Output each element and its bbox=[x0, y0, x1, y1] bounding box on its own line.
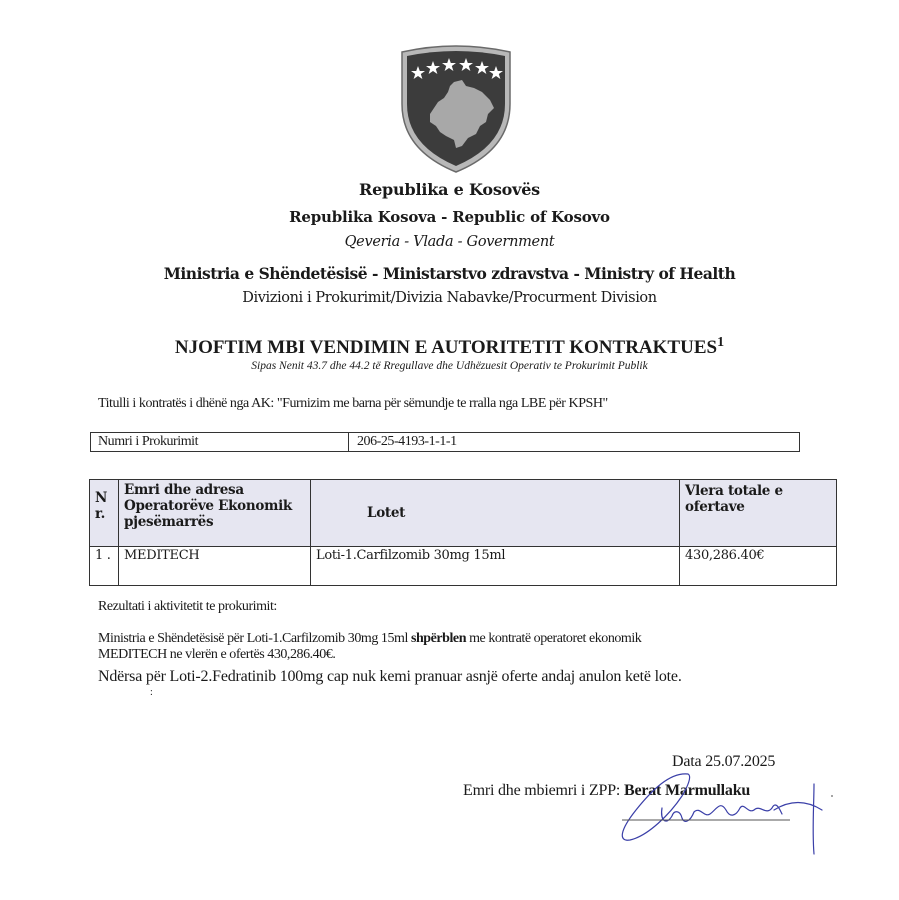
cell-total-value: 430,286.40€ bbox=[680, 547, 837, 586]
country-name: Republika e Kosovës bbox=[0, 180, 899, 199]
cell-lot: Loti-1.Carfilzomib 30mg 15ml bbox=[311, 547, 680, 586]
lots-table: N r. Emri dhe adresa Operatorëve Ekonomi… bbox=[89, 479, 837, 586]
result-paragraph-1: Ministria e Shëndetësisë për Loti-1.Carf… bbox=[98, 631, 818, 663]
header-lots: Lotet bbox=[311, 480, 680, 547]
notice-subtitle: Sipas Nenit 43.7 dhe 44.2 të Rregullave … bbox=[0, 360, 899, 372]
division-name: Divizioni i Prokurimit/Divizia Nabavke/P… bbox=[0, 290, 899, 306]
date-value: 25.07.2025 bbox=[705, 753, 775, 770]
footnote-marker: 1 bbox=[717, 335, 724, 350]
ministry-name: Ministria e Shëndetësisë - Ministarstvo … bbox=[0, 264, 899, 283]
table-row: 1 . MEDITECH Loti-1.Carfilzomib 30mg 15m… bbox=[90, 547, 837, 586]
contract-title-value: "Furnizim me barna për sëmundje te rrall… bbox=[277, 396, 608, 411]
notice-title: NJOFTIM MBI VENDIMIN E AUTORITETIT KONTR… bbox=[0, 335, 899, 359]
country-name-multilingual: Republika Kosova - Republic of Kosovo bbox=[0, 208, 899, 226]
stray-marker: : bbox=[150, 687, 152, 698]
header-nr: N r. bbox=[90, 480, 119, 547]
procurement-number-label: Numri i Prokurimit bbox=[91, 433, 349, 451]
kosovo-emblem-icon bbox=[396, 42, 516, 174]
header-operator: Emri dhe adresa Operatorëve Ekonomik pje… bbox=[119, 480, 311, 547]
awarded-keyword: shpërblen bbox=[411, 631, 466, 646]
result-heading: Rezultati i aktivitetit te prokurimit: bbox=[98, 599, 277, 615]
result-paragraph-2: Ndërsa për Loti-2.Fedratinib 100mg cap n… bbox=[98, 668, 682, 686]
procurement-number-value: 206-25-4193-1-1-1 bbox=[349, 433, 799, 451]
cell-operator: MEDITECH bbox=[119, 547, 311, 586]
cell-nr: 1 . bbox=[90, 547, 119, 586]
zpp-label: Emri dhe mbiemri i ZPP: bbox=[463, 782, 620, 799]
procurement-number-table: Numri i Prokurimit 206-25-4193-1-1-1 bbox=[90, 432, 800, 452]
government-label: Qeveria - Vlada - Government bbox=[0, 234, 899, 250]
table-header-row: N r. Emri dhe adresa Operatorëve Ekonomi… bbox=[90, 480, 837, 547]
date-label: Data bbox=[672, 753, 701, 770]
signature-icon bbox=[600, 770, 840, 860]
date: Data 25.07.2025 bbox=[672, 753, 775, 771]
header-total-value: Vlera totale e ofertave bbox=[680, 480, 837, 547]
contract-title-label: Titulli i kontratës i dhënë nga AK: bbox=[98, 396, 274, 411]
contract-title: Titulli i kontratës i dhënë nga AK: "Fur… bbox=[98, 396, 608, 412]
